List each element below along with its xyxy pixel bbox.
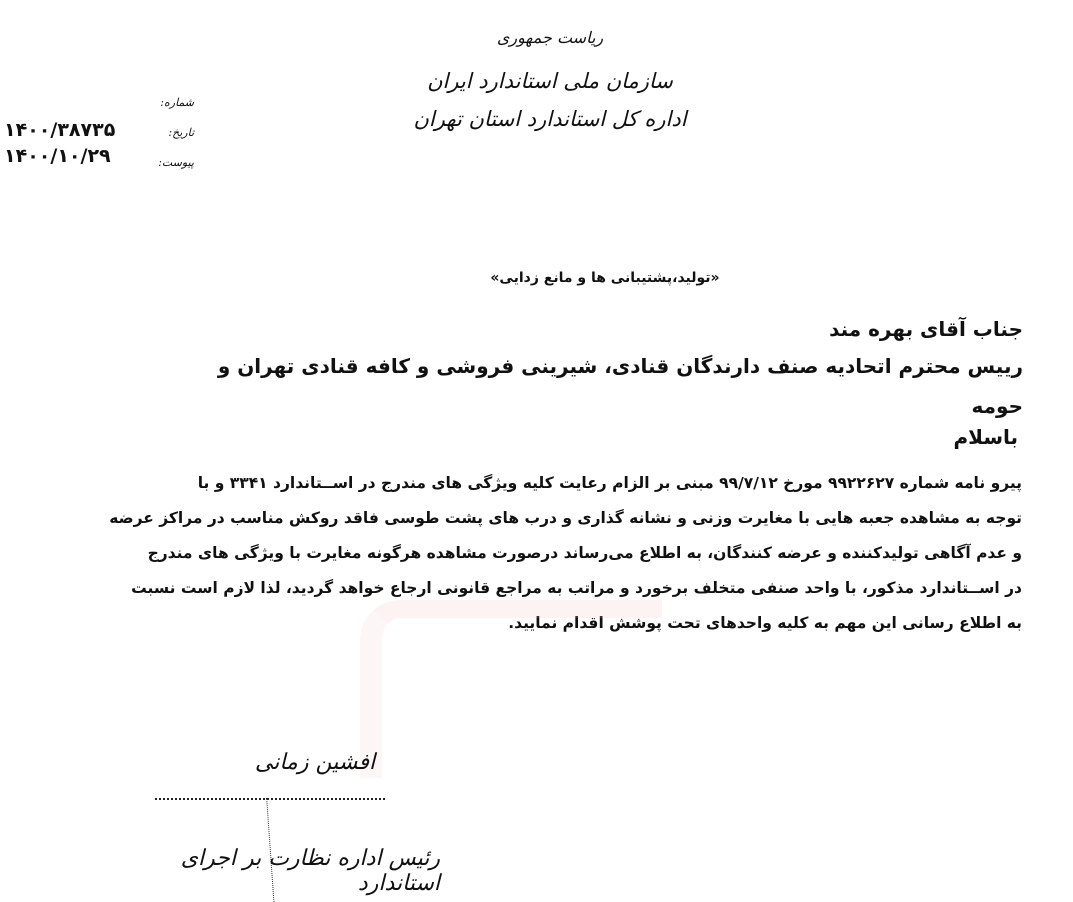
date-label: تاریخ: [146, 127, 194, 157]
body-line: پیرو نامه شماره ۹۹۲۲۶۲۷ مورخ ۹۹/۷/۱۲ مبن… [72, 466, 1022, 501]
body-line: به اطلاع رسانی این مهم به کلیه واحدهای ت… [72, 606, 1022, 641]
letterhead-organization: سازمان ملی استاندارد ایران [400, 69, 700, 93]
signature-block: افشین زمانی رئیس اداره نظارت بر اجرای اس… [120, 750, 440, 775]
addressee-title: رییس محترم اتحادیه صنف دارندگان قنادی، ش… [203, 346, 1023, 426]
body-line: در اســتاندارد مذکور، با واحد صنفی متخلف… [72, 571, 1022, 606]
letter-body: پیرو نامه شماره ۹۹۲۲۶۲۷ مورخ ۹۹/۷/۱۲ مبن… [72, 466, 1022, 641]
slogan: «تولید،پشتیبانی ها و مانع زدایی» [440, 270, 770, 286]
number-label: شماره: [146, 97, 194, 127]
letterhead: ریاست جمهوری سازمان ملی استاندارد ایران … [400, 18, 700, 131]
letterhead-presidency: ریاست جمهوری [400, 28, 700, 47]
letter-date: ۱۴۰۰/۱۰/۲۹ [4, 143, 134, 169]
attachment-label: پیوست: [146, 157, 194, 187]
letter-meta-values: ۱۴۰۰/۳۸۷۳۵ ۱۴۰۰/۱۰/۲۹ [4, 117, 134, 169]
greeting: باسلام [953, 425, 1018, 449]
signature-line [155, 798, 385, 800]
body-line: توجه به مشاهده جعبه هایی با مغایرت وزنی … [72, 501, 1022, 536]
signatory-name: افشین زمانی [190, 750, 440, 775]
signatory-title: رئیس اداره نظارت بر اجرای استاندارد [120, 846, 440, 896]
addressee: جناب آقای بهره مند رییس محترم اتحادیه صن… [203, 312, 1023, 426]
letter-meta-labels: شماره: تاریخ: پیوست: [146, 97, 194, 187]
letter-number: ۱۴۰۰/۳۸۷۳۵ [4, 117, 134, 143]
letterhead-department: اداره کل استاندارد استان تهران [400, 107, 700, 131]
body-line: و عدم آگاهی تولیدکننده و عرضه کنندگان، ب… [72, 536, 1022, 571]
addressee-name: جناب آقای بهره مند [203, 312, 1023, 346]
